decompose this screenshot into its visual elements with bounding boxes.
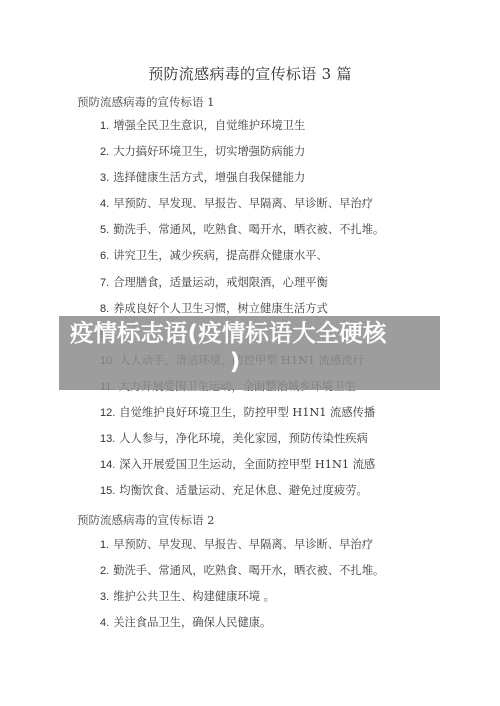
item-number: 7. bbox=[100, 277, 109, 289]
item-text: 勤洗手、常通风，吃熟食、喝开水，晒衣被、不扎堆。 bbox=[113, 223, 384, 236]
item-text: 合理膳食，适量运动，戒烟限酒，心理平衡 bbox=[113, 276, 328, 289]
item-number: 3. bbox=[100, 591, 109, 603]
item-number: 4. bbox=[100, 617, 109, 629]
list-item: 5.勤洗手、常通风，吃熟食、喝开水，晒衣被、不扎堆。 bbox=[100, 222, 384, 248]
item-number: 15. bbox=[100, 485, 115, 497]
item-text: 关注食品卫生，确保人民健康。 bbox=[113, 616, 271, 629]
item-number: 14. bbox=[100, 459, 115, 471]
overlay-title[interactable]: 疫情标志语(疫情标语大全硬核 ) bbox=[70, 319, 430, 375]
overlay-title-line1: 疫情标志语(疫情标语大全硬核 bbox=[70, 319, 386, 347]
list-item: 15.均衡饮食、适量运动、充足休息、避免过度疲劳。 bbox=[100, 483, 384, 509]
list-item: 3.维护公共卫生、构建健康环境 。 bbox=[100, 589, 384, 615]
item-text: 讲究卫生，减少疾病，提高群众健康水平、 bbox=[113, 249, 328, 262]
list-item: 14.深入开展爱国卫生运动，全面防控甲型 H1N1 流感 bbox=[100, 457, 384, 483]
item-number: 4. bbox=[100, 198, 109, 210]
item-number: 2. bbox=[100, 146, 109, 158]
overlay-title-line2: ) bbox=[40, 347, 430, 375]
item-number: 1. bbox=[100, 539, 109, 551]
item-text: 增强全民卫生意识，自觉维护环境卫生 bbox=[113, 119, 305, 132]
item-text: 深入开展爱国卫生运动，全面防控甲型 H1N1 流感 bbox=[119, 458, 375, 471]
item-text: 早预防、早发现、早报告、早隔离、早诊断、早治疗 bbox=[113, 538, 373, 551]
item-number: 8. bbox=[100, 303, 109, 315]
list-item: 2.大力搞好环境卫生，切实增强防病能力 bbox=[100, 144, 384, 170]
list-item: 2.勤洗手、常通风，吃熟食、喝开水，晒衣被、不扎堆。 bbox=[100, 563, 384, 589]
item-number: 6. bbox=[100, 250, 109, 262]
item-number: 1. bbox=[100, 120, 109, 132]
section-heading-1: 预防流感病毒的宣传标语 1 bbox=[77, 94, 214, 110]
slogan-list-2: 1.早预防、早发现、早报告、早隔离、早诊断、早治疗 2.勤洗手、常通风，吃熟食、… bbox=[100, 537, 384, 641]
item-text: 维护公共卫生、构建健康环境 。 bbox=[113, 590, 275, 603]
item-text: 人人参与，净化环境，美化家园，预防传染性疾病 bbox=[119, 432, 368, 445]
item-number: 12. bbox=[100, 407, 115, 419]
item-text: 均衡饮食、适量运动、充足休息、避免过度疲劳。 bbox=[119, 484, 368, 497]
list-item: 3.选择健康生活方式，增强自我保健能力 bbox=[100, 170, 384, 196]
list-item: 1.早预防、早发现、早报告、早隔离、早诊断、早治疗 bbox=[100, 537, 384, 563]
item-text: 选择健康生活方式，增强自我保健能力 bbox=[113, 171, 305, 184]
item-number: 3. bbox=[100, 172, 109, 184]
list-item: 1.增强全民卫生意识，自觉维护环境卫生 bbox=[100, 118, 384, 144]
item-number: 5. bbox=[100, 224, 109, 236]
document-page: 预防流感病毒的宣传标语 3 篇 预防流感病毒的宣传标语 1 1.增强全民卫生意识… bbox=[0, 0, 500, 706]
list-item: 4.早预防、早发现、早报告、早隔离、早诊断、早治疗 bbox=[100, 196, 384, 222]
list-item: 6.讲究卫生，减少疾病，提高群众健康水平、 bbox=[100, 248, 384, 274]
item-text: 早预防、早发现、早报告、早隔离、早诊断、早治疗 bbox=[113, 197, 373, 210]
item-text: 自觉维护良好环境卫生，防控甲型 H1N1 流感传播 bbox=[119, 406, 375, 419]
list-item: 12.自觉维护良好环境卫生，防控甲型 H1N1 流感传播 bbox=[100, 405, 384, 431]
item-text: 大力搞好环境卫生，切实增强防病能力 bbox=[113, 145, 305, 158]
document-title: 预防流感病毒的宣传标语 3 篇 bbox=[0, 64, 500, 84]
item-text: 勤洗手、常通风，吃熟食、喝开水，晒衣被、不扎堆。 bbox=[113, 564, 384, 577]
item-number: 2. bbox=[100, 565, 109, 577]
section-heading-2: 预防流感病毒的宣传标语 2 bbox=[77, 512, 214, 528]
slogan-list-1: 1.增强全民卫生意识，自觉维护环境卫生 2.大力搞好环境卫生，切实增强防病能力 … bbox=[100, 118, 384, 509]
item-number: 13. bbox=[100, 433, 115, 445]
list-item: 13.人人参与，净化环境，美化家园，预防传染性疾病 bbox=[100, 431, 384, 457]
list-item: 7.合理膳食，适量运动，戒烟限酒，心理平衡 bbox=[100, 275, 384, 301]
list-item: 4.关注食品卫生，确保人民健康。 bbox=[100, 615, 384, 641]
item-text: 养成良好个人卫生习惯，树立健康生活方式 bbox=[113, 302, 328, 315]
